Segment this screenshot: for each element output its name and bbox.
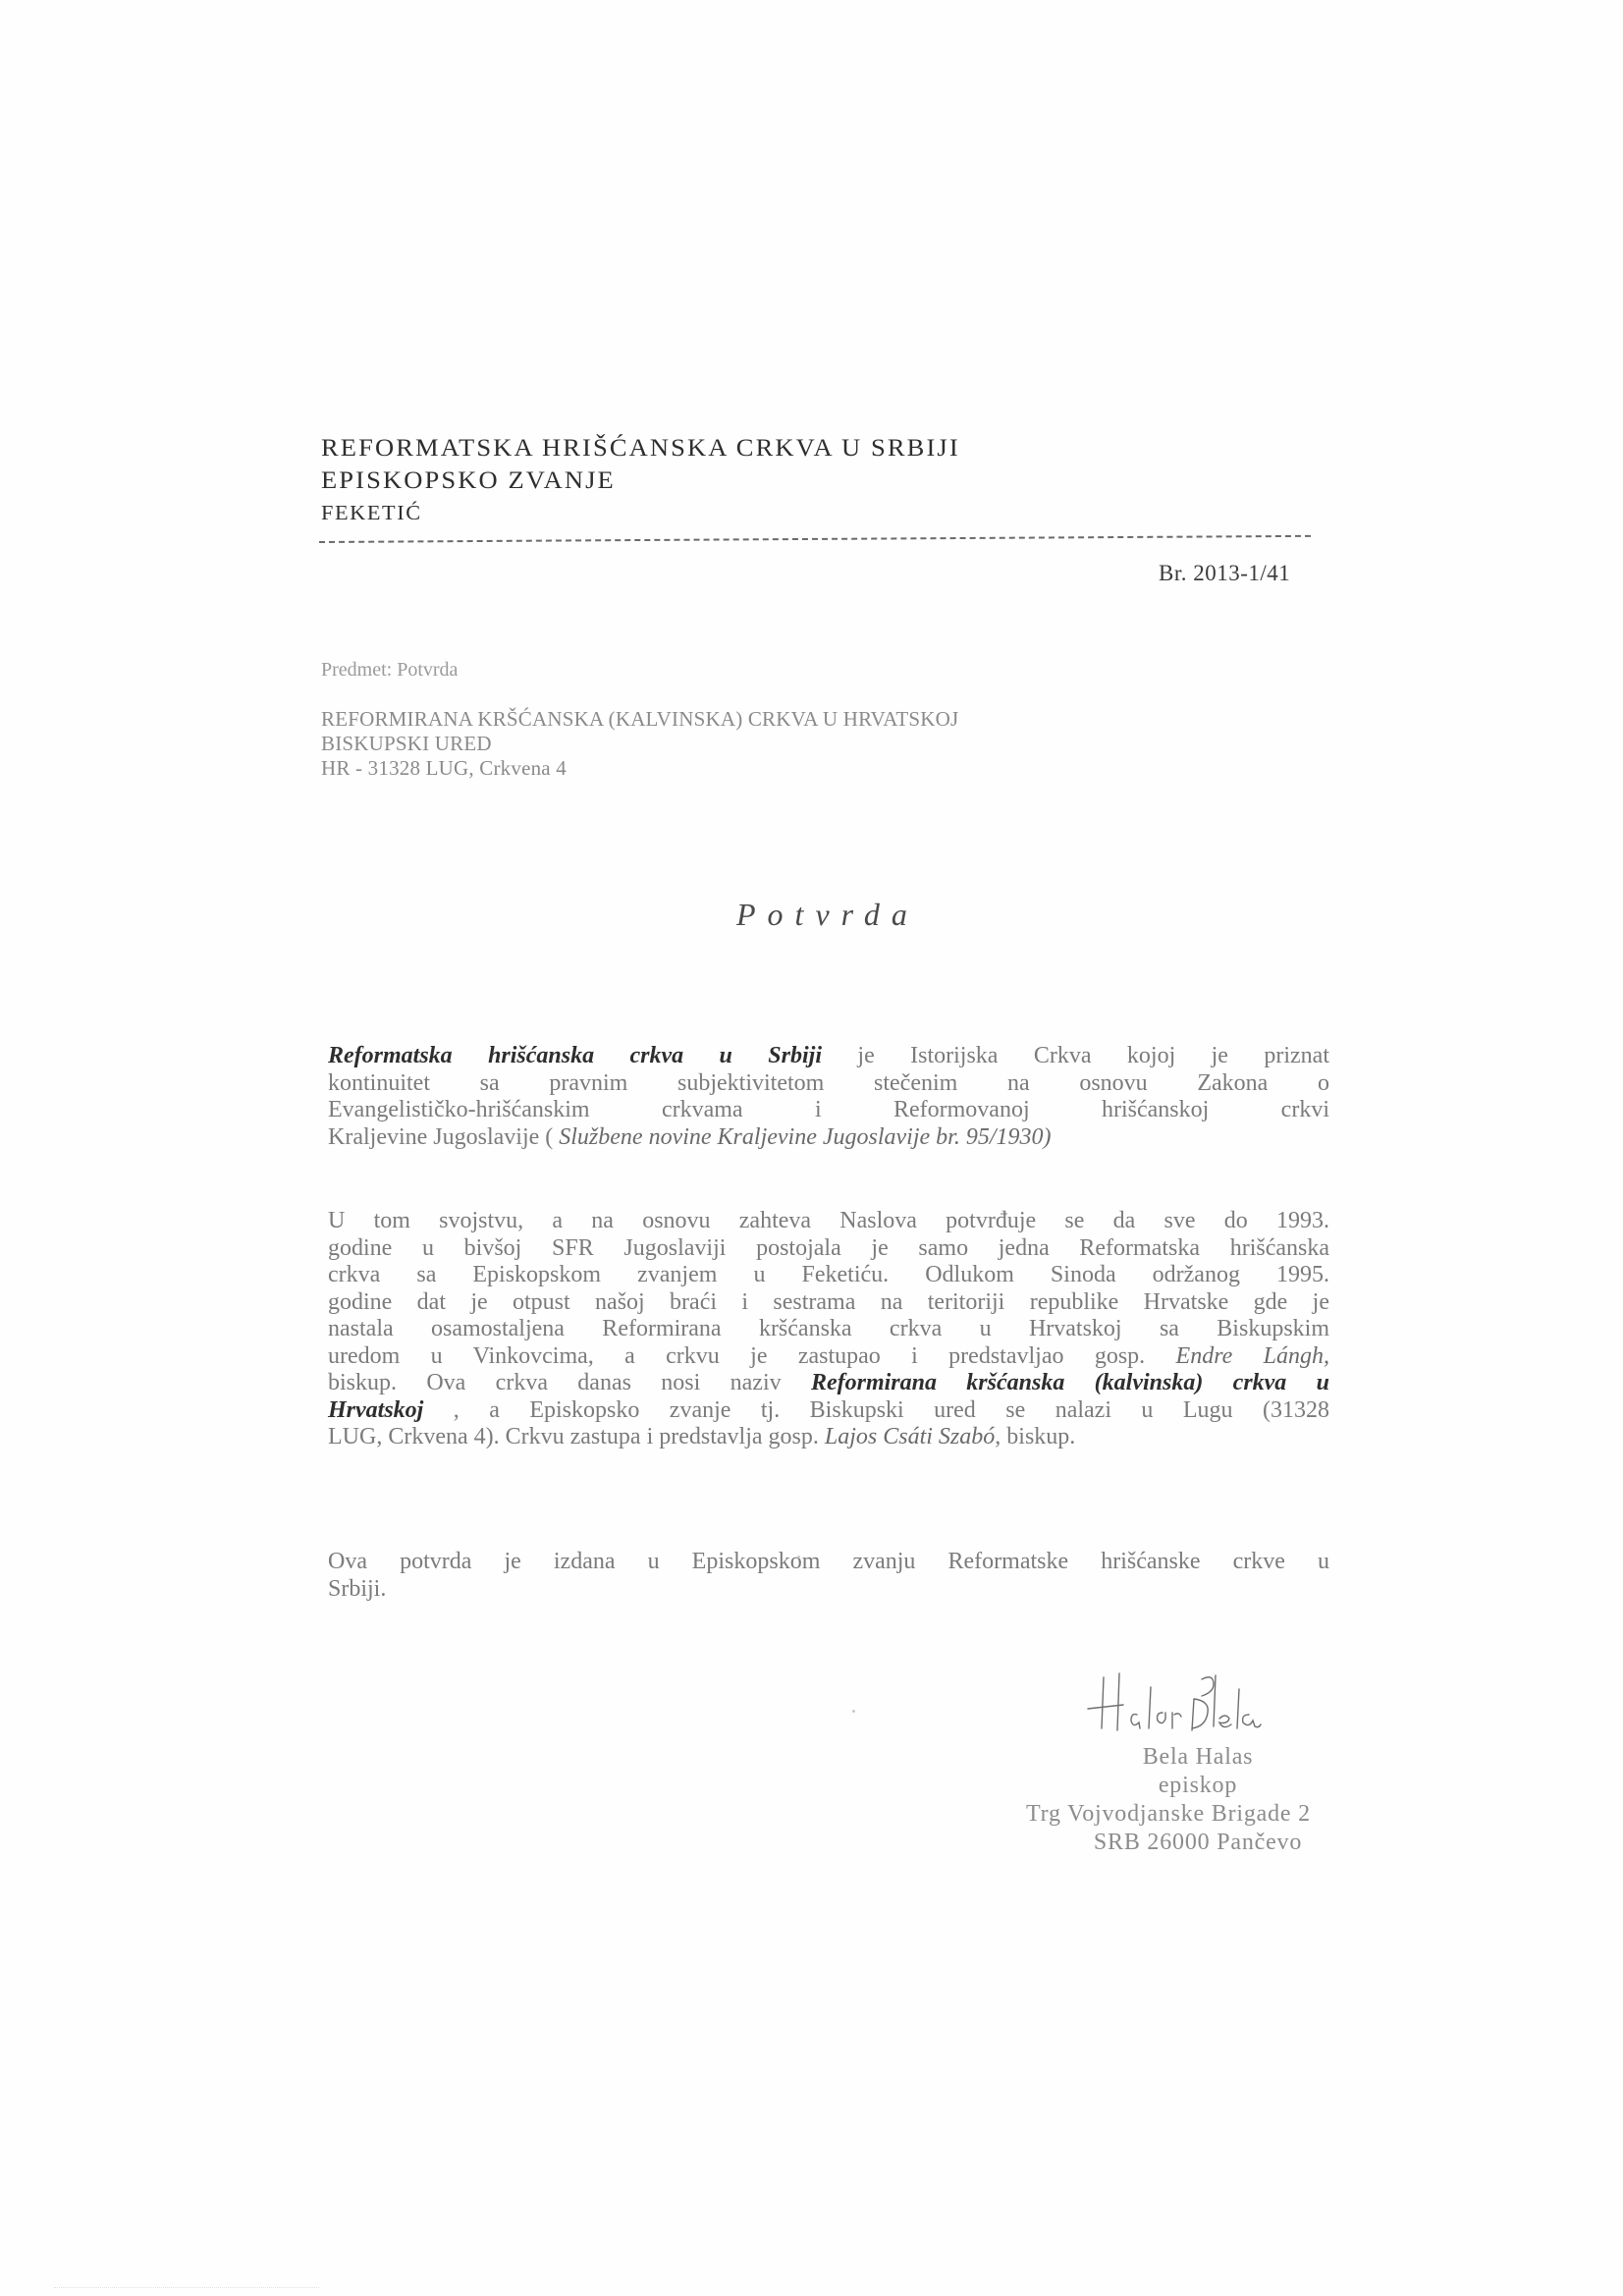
letterhead: REFORMATSKA HRIŠĆANSKA CRKVA U SRBIJI EP… [321, 432, 960, 529]
paragraph-line: godine dat je otpust našoj braći i sestr… [328, 1289, 1329, 1317]
letterhead-office: EPISKOPSKO ZVANJE [321, 465, 960, 497]
paragraph-line: Ova potvrda je izdana u Episkopskom zvan… [328, 1549, 1329, 1576]
scan-speck [797, 1556, 800, 1558]
paragraph-line: godine u bivšoj SFR Jugoslaviji postojal… [328, 1235, 1329, 1263]
paragraph-line: Hrvatskoj , a Episkopsko zvanje tj. Bisk… [328, 1397, 1329, 1425]
signer-name: Bela Halas [972, 1743, 1365, 1772]
subject-line: Predmet: Potvrda [321, 659, 458, 682]
paragraph-line: kontinuitet sa pravnim subjektivitetom s… [328, 1070, 1329, 1098]
signer-address-street: Trg Vojvodjanske Brigade 2 [972, 1800, 1365, 1829]
signer-block: Bela Halas episkop Trg Vojvodjanske Brig… [972, 1743, 1365, 1857]
paragraph-3: Ova potvrda je izdana u Episkopskom zvan… [328, 1549, 1329, 1603]
paragraph-line: nastala osamostaljena Reformirana kršćan… [328, 1316, 1329, 1343]
paragraph-line: Srbiji. [328, 1576, 1329, 1604]
paragraph-line: uredom u Vinkovcima, a crkvu je zastupao… [328, 1343, 1329, 1371]
church-name-emphasis: Reformirana kršćanska (kalvinska) crkva … [811, 1370, 1329, 1395]
document-title: Potvrda [736, 897, 919, 933]
paragraph-2: U tom svojstvu, a na osnovu zahteva Nasl… [328, 1208, 1329, 1451]
person-name-emphasis: Endre Lángh, [1176, 1343, 1329, 1369]
recipient-name: REFORMIRANA KRŠĆANSKA (KALVINSKA) CRKVA … [321, 707, 958, 732]
paragraph-1: Reformatska hrišćanska crkva u Srbiji je… [328, 1043, 1329, 1151]
document-page: REFORMATSKA HRIŠĆANSKA CRKVA U SRBIJI EP… [0, 0, 1623, 2296]
church-name-emphasis: Reformatska hrišćanska crkva u Srbiji [328, 1043, 822, 1068]
church-name-emphasis: Hrvatskoj [328, 1397, 423, 1423]
reference-number: Br. 2013-1/41 [1159, 561, 1290, 586]
recipient-street: HR - 31328 LUG, Crkvena 4 [321, 756, 958, 781]
signer-role: episkop [972, 1772, 1365, 1800]
recipient-address: REFORMIRANA KRŠĆANSKA (KALVINSKA) CRKVA … [321, 707, 958, 781]
paragraph-line: Kraljevine Jugoslavije ( Službene novine… [328, 1124, 1329, 1152]
handwritten-signature [1080, 1669, 1276, 1743]
paragraph-line: Evangelističko-hrišćanskim crkvama i Ref… [328, 1097, 1329, 1124]
paragraph-line: biskup. Ova crkva danas nosi naziv Refor… [328, 1370, 1329, 1397]
person-name-emphasis: Lajos Csáti Szabó [825, 1424, 995, 1449]
scan-speck [852, 1710, 855, 1713]
signer-address-city: SRB 26000 Pančevo [972, 1829, 1365, 1857]
gazette-citation: Službene novine Kraljevine Jugoslavije b… [559, 1124, 1051, 1150]
paragraph-line: crkva sa Episkopskom zvanjem u Feketiću.… [328, 1262, 1329, 1289]
paragraph-line: U tom svojstvu, a na osnovu zahteva Nasl… [328, 1208, 1329, 1235]
scan-artifact [54, 2287, 319, 2288]
letterhead-city: FEKETIĆ [321, 497, 960, 529]
letterhead-divider [319, 535, 1311, 543]
paragraph-line: Reformatska hrišćanska crkva u Srbiji je… [328, 1043, 1329, 1070]
letterhead-church-name: REFORMATSKA HRIŠĆANSKA CRKVA U SRBIJI [321, 432, 960, 465]
recipient-office: BISKUPSKI URED [321, 732, 958, 756]
paragraph-line: LUG, Crkvena 4). Crkvu zastupa i predsta… [328, 1424, 1329, 1451]
